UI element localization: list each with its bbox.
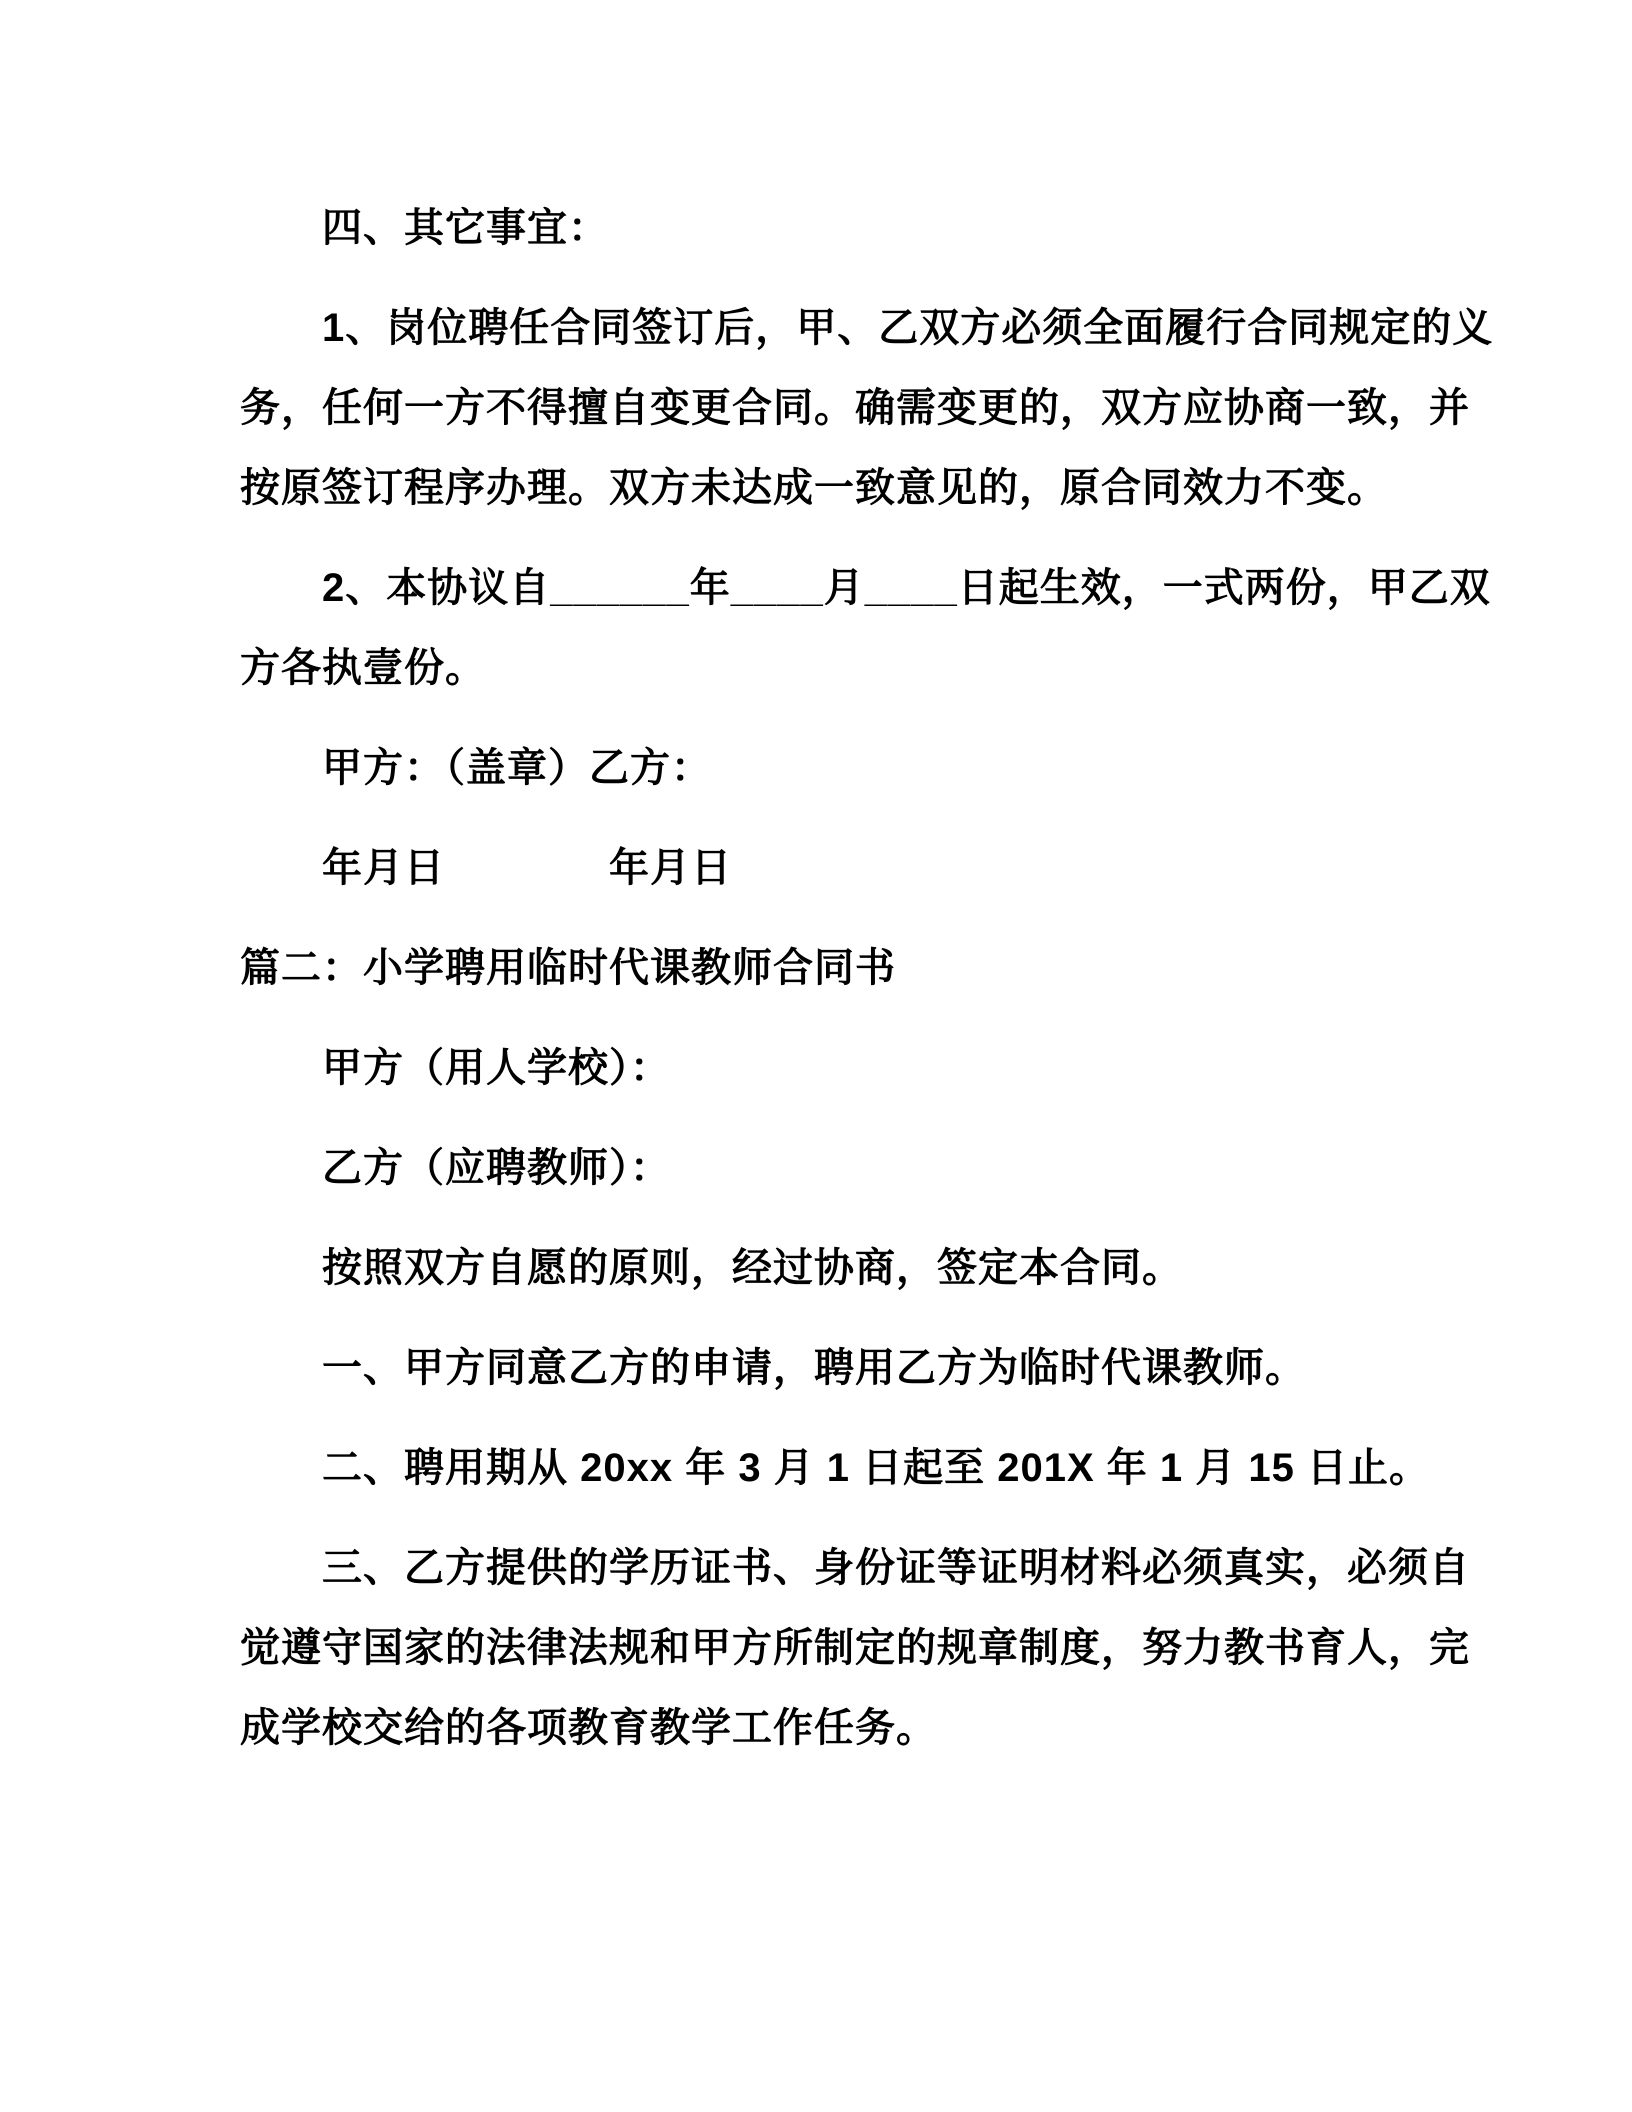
- paragraph-preamble: 按照双方自愿的原则，经过协商，签定本合同。: [240, 1228, 1472, 1308]
- paragraph-part-two-title: 篇二：小学聘用临时代课教师合同书: [240, 928, 1472, 1008]
- paragraph-clause-2: 2、本协议自______年____月____日起生效，一式两份，甲乙双 方各执壹…: [240, 548, 1472, 708]
- text-line: 务，任何一方不得擅自变更合同。确需变更的，双方应协商一致，并: [240, 368, 1472, 448]
- paragraph-section-four-heading: 四、其它事宜：: [240, 188, 1472, 268]
- text-line: 一、甲方同意乙方的申请，聘用乙方为临时代课教师。: [240, 1328, 1472, 1408]
- text-line: 年月日 年月日: [240, 828, 1472, 908]
- text-line: 1、岗位聘任合同签订后，甲、乙双方必须全面履行合同规定的义: [240, 288, 1472, 368]
- paragraph-party-b: 乙方（应聘教师）：: [240, 1128, 1472, 1208]
- paragraph-signature-dates: 年月日 年月日: [240, 828, 1472, 908]
- document-page: 四、其它事宜： 1、岗位聘任合同签订后，甲、乙双方必须全面履行合同规定的义 务，…: [0, 0, 1632, 2112]
- paragraph-article-three: 三、乙方提供的学历证书、身份证等证明材料必须真实，必须自 觉遵守国家的法律法规和…: [240, 1528, 1472, 1768]
- text-line: 四、其它事宜：: [240, 188, 1472, 268]
- text-line: 方各执壹份。: [240, 628, 1472, 708]
- text-line: 按原签订程序办理。双方未达成一致意见的，原合同效力不变。: [240, 448, 1472, 528]
- paragraph-article-two: 二、聘用期从 20xx 年 3 月 1 日起至 201X 年 1 月 15 日止…: [240, 1428, 1472, 1508]
- document-content: 四、其它事宜： 1、岗位聘任合同签订后，甲、乙双方必须全面履行合同规定的义 务，…: [0, 0, 1632, 1768]
- text-line: 乙方（应聘教师）：: [240, 1128, 1472, 1208]
- text-line: 二、聘用期从 20xx 年 3 月 1 日起至 201X 年 1 月 15 日止…: [240, 1428, 1472, 1508]
- text-line: 2、本协议自______年____月____日起生效，一式两份，甲乙双: [240, 548, 1472, 628]
- text-line: 觉遵守国家的法律法规和甲方所制定的规章制度，努力教书育人，完: [240, 1608, 1472, 1688]
- paragraph-party-a: 甲方（用人学校）：: [240, 1028, 1472, 1108]
- text-line: 三、乙方提供的学历证书、身份证等证明材料必须真实，必须自: [240, 1528, 1472, 1608]
- text-line: 成学校交给的各项教育教学工作任务。: [240, 1688, 1472, 1768]
- paragraph-clause-1: 1、岗位聘任合同签订后，甲、乙双方必须全面履行合同规定的义 务，任何一方不得擅自…: [240, 288, 1472, 528]
- text-line: 篇二：小学聘用临时代课教师合同书: [240, 928, 1472, 1008]
- text-line: 按照双方自愿的原则，经过协商，签定本合同。: [240, 1228, 1472, 1308]
- paragraph-article-one: 一、甲方同意乙方的申请，聘用乙方为临时代课教师。: [240, 1328, 1472, 1408]
- paragraph-signature-parties: 甲方：（盖章）乙方：: [240, 728, 1472, 808]
- text-line: 甲方（用人学校）：: [240, 1028, 1472, 1108]
- text-line: 甲方：（盖章）乙方：: [240, 728, 1472, 808]
